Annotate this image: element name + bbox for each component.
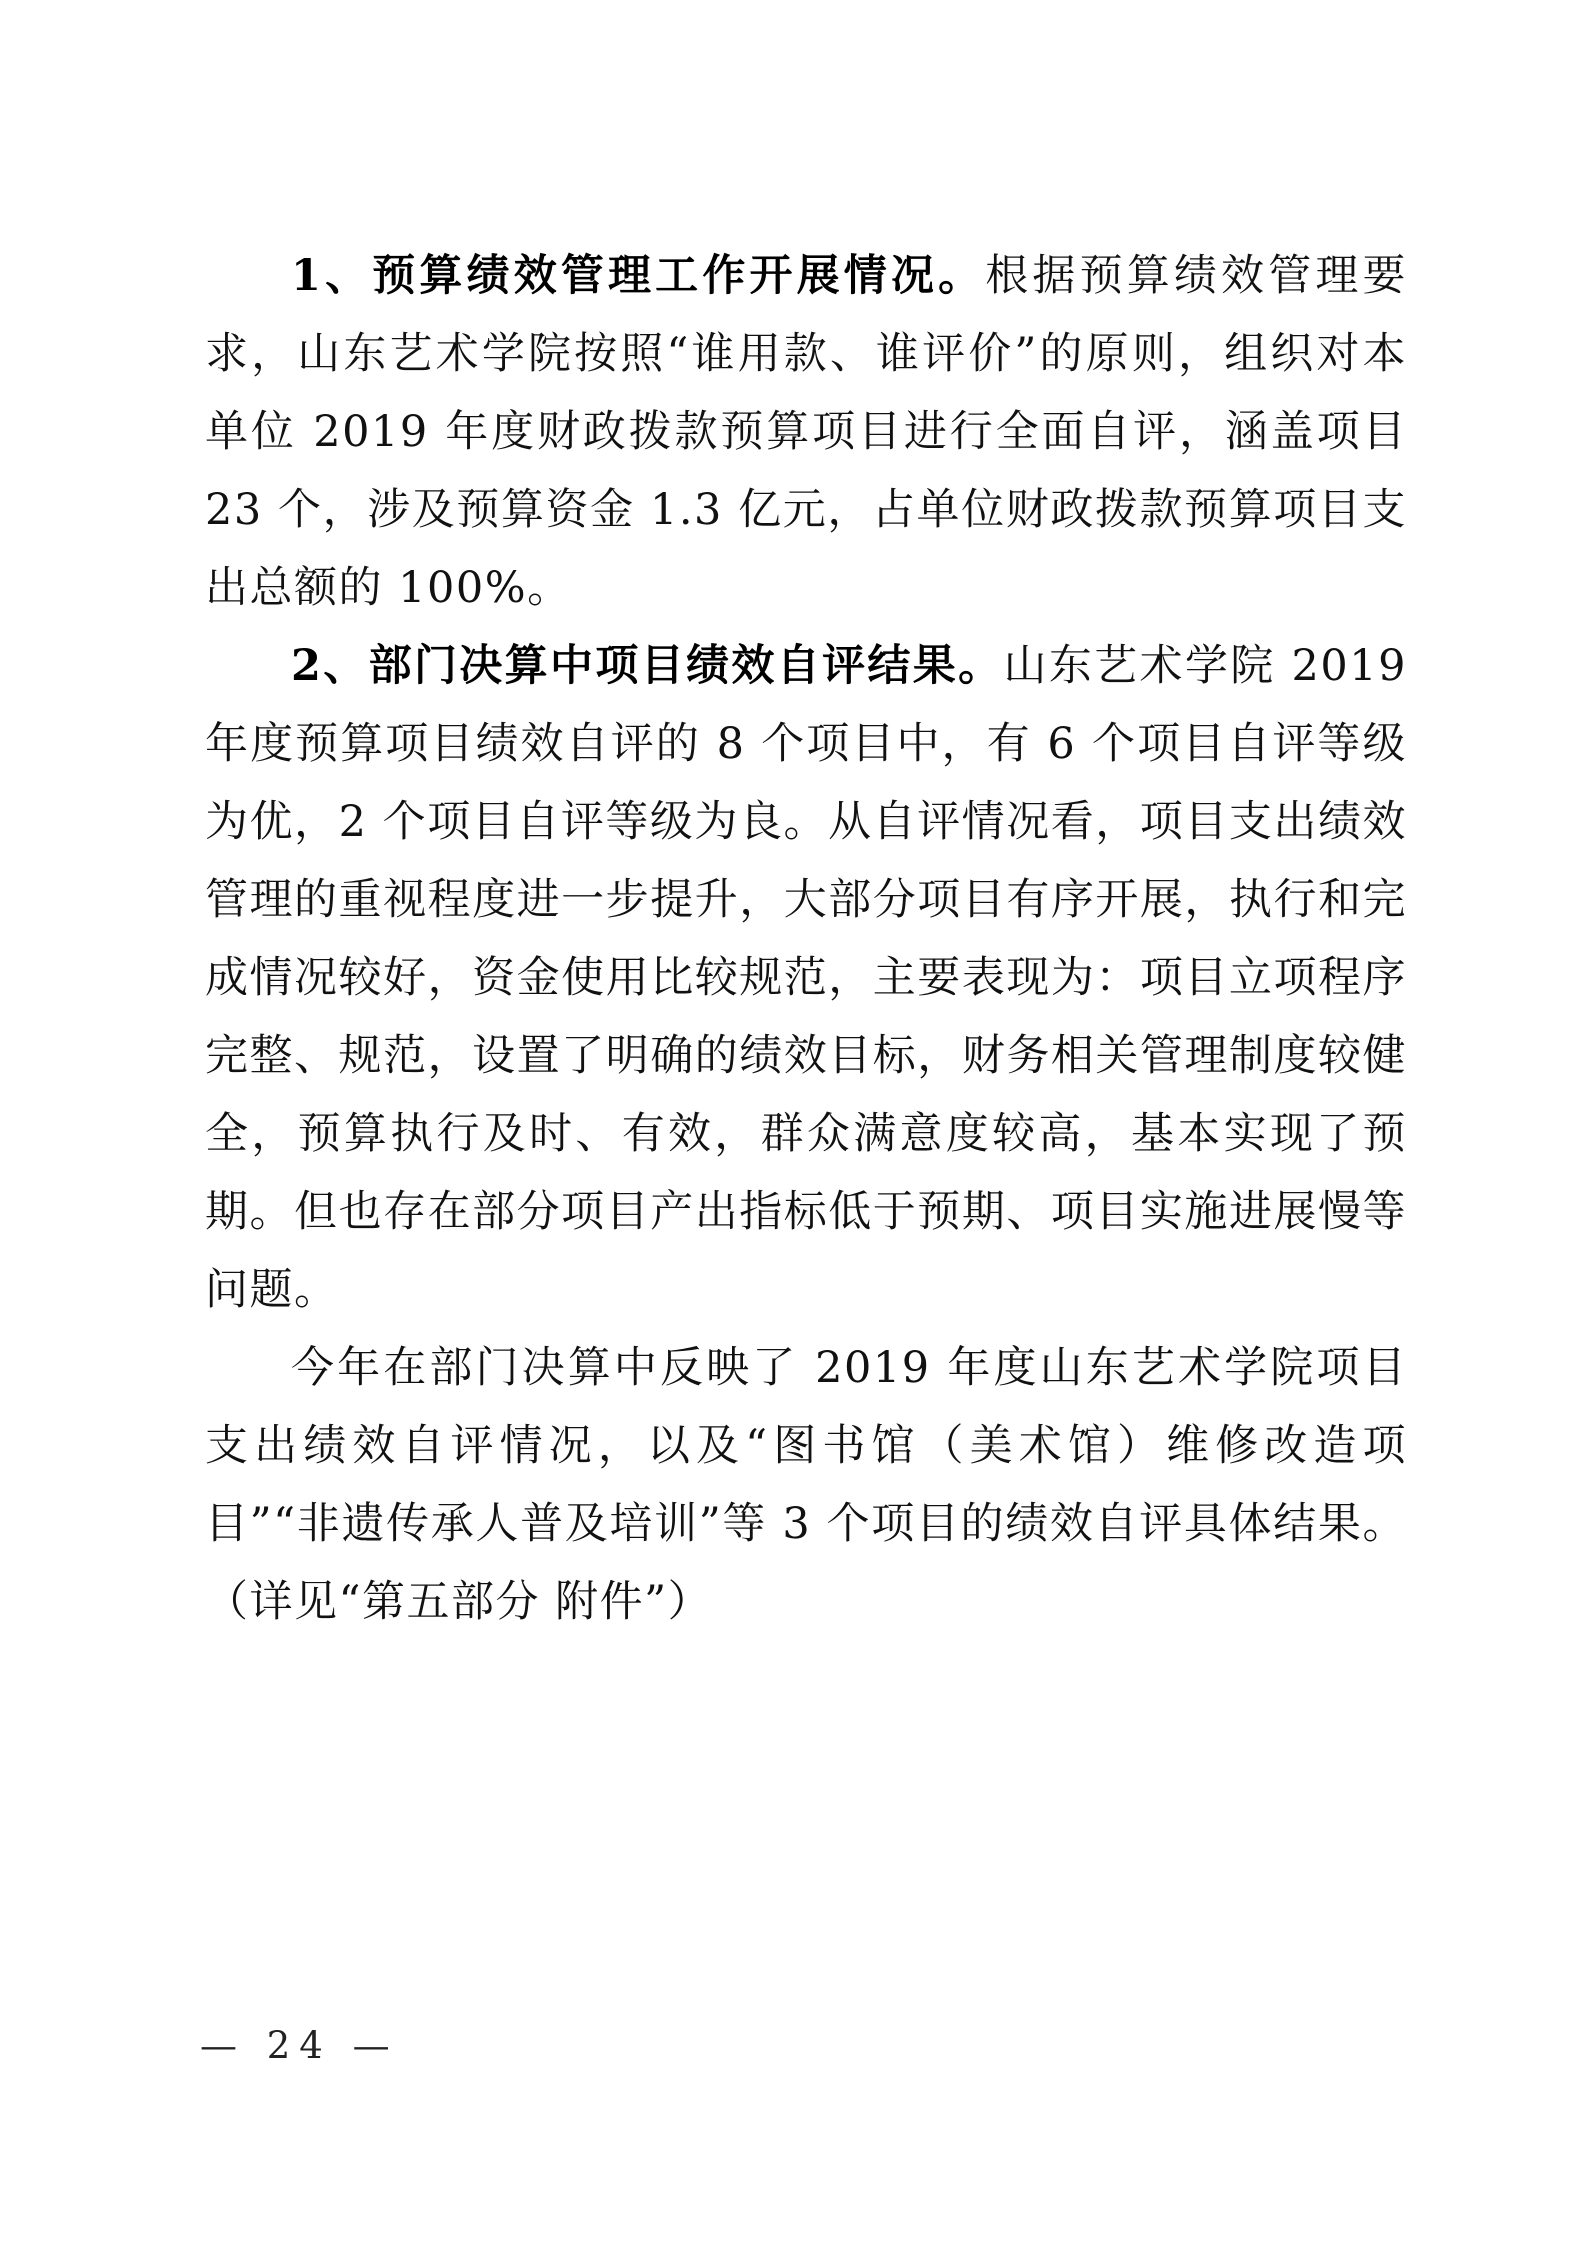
paragraph-1-text: 根据预算绩效管理要求，山东艺术学院按照“谁用款、谁评价”的原则，组织对本单位 2…	[205, 251, 1407, 613]
paragraph-budget-performance-management: 1、预算绩效管理工作开展情况。根据预算绩效管理要求，山东艺术学院按照“谁用款、谁…	[205, 237, 1407, 627]
paragraph-self-evaluation-results: 2、部门决算中项目绩效自评结果。山东艺术学院 2019 年度预算项目绩效自评的 …	[205, 627, 1407, 1329]
paragraph-1-heading: 1、预算绩效管理工作开展情况。	[291, 251, 985, 301]
paragraph-3-text: 今年在部门决算中反映了 2019 年度山东艺术学院项目支出绩效自评情况，以及“图…	[205, 1343, 1407, 1627]
document-page: 1、预算绩效管理工作开展情况。根据预算绩效管理要求，山东艺术学院按照“谁用款、谁…	[0, 0, 1587, 2245]
document-body-text: 1、预算绩效管理工作开展情况。根据预算绩效管理要求，山东艺术学院按照“谁用款、谁…	[205, 237, 1407, 1641]
page-number: — 24 —	[200, 2024, 399, 2067]
paragraph-2-text: 山东艺术学院 2019 年度预算项目绩效自评的 8 个项目中，有 6 个项目自评…	[205, 641, 1407, 1315]
paragraph-annual-report-note: 今年在部门决算中反映了 2019 年度山东艺术学院项目支出绩效自评情况，以及“图…	[205, 1329, 1407, 1641]
paragraph-2-heading: 2、部门决算中项目绩效自评结果。	[291, 641, 1003, 691]
